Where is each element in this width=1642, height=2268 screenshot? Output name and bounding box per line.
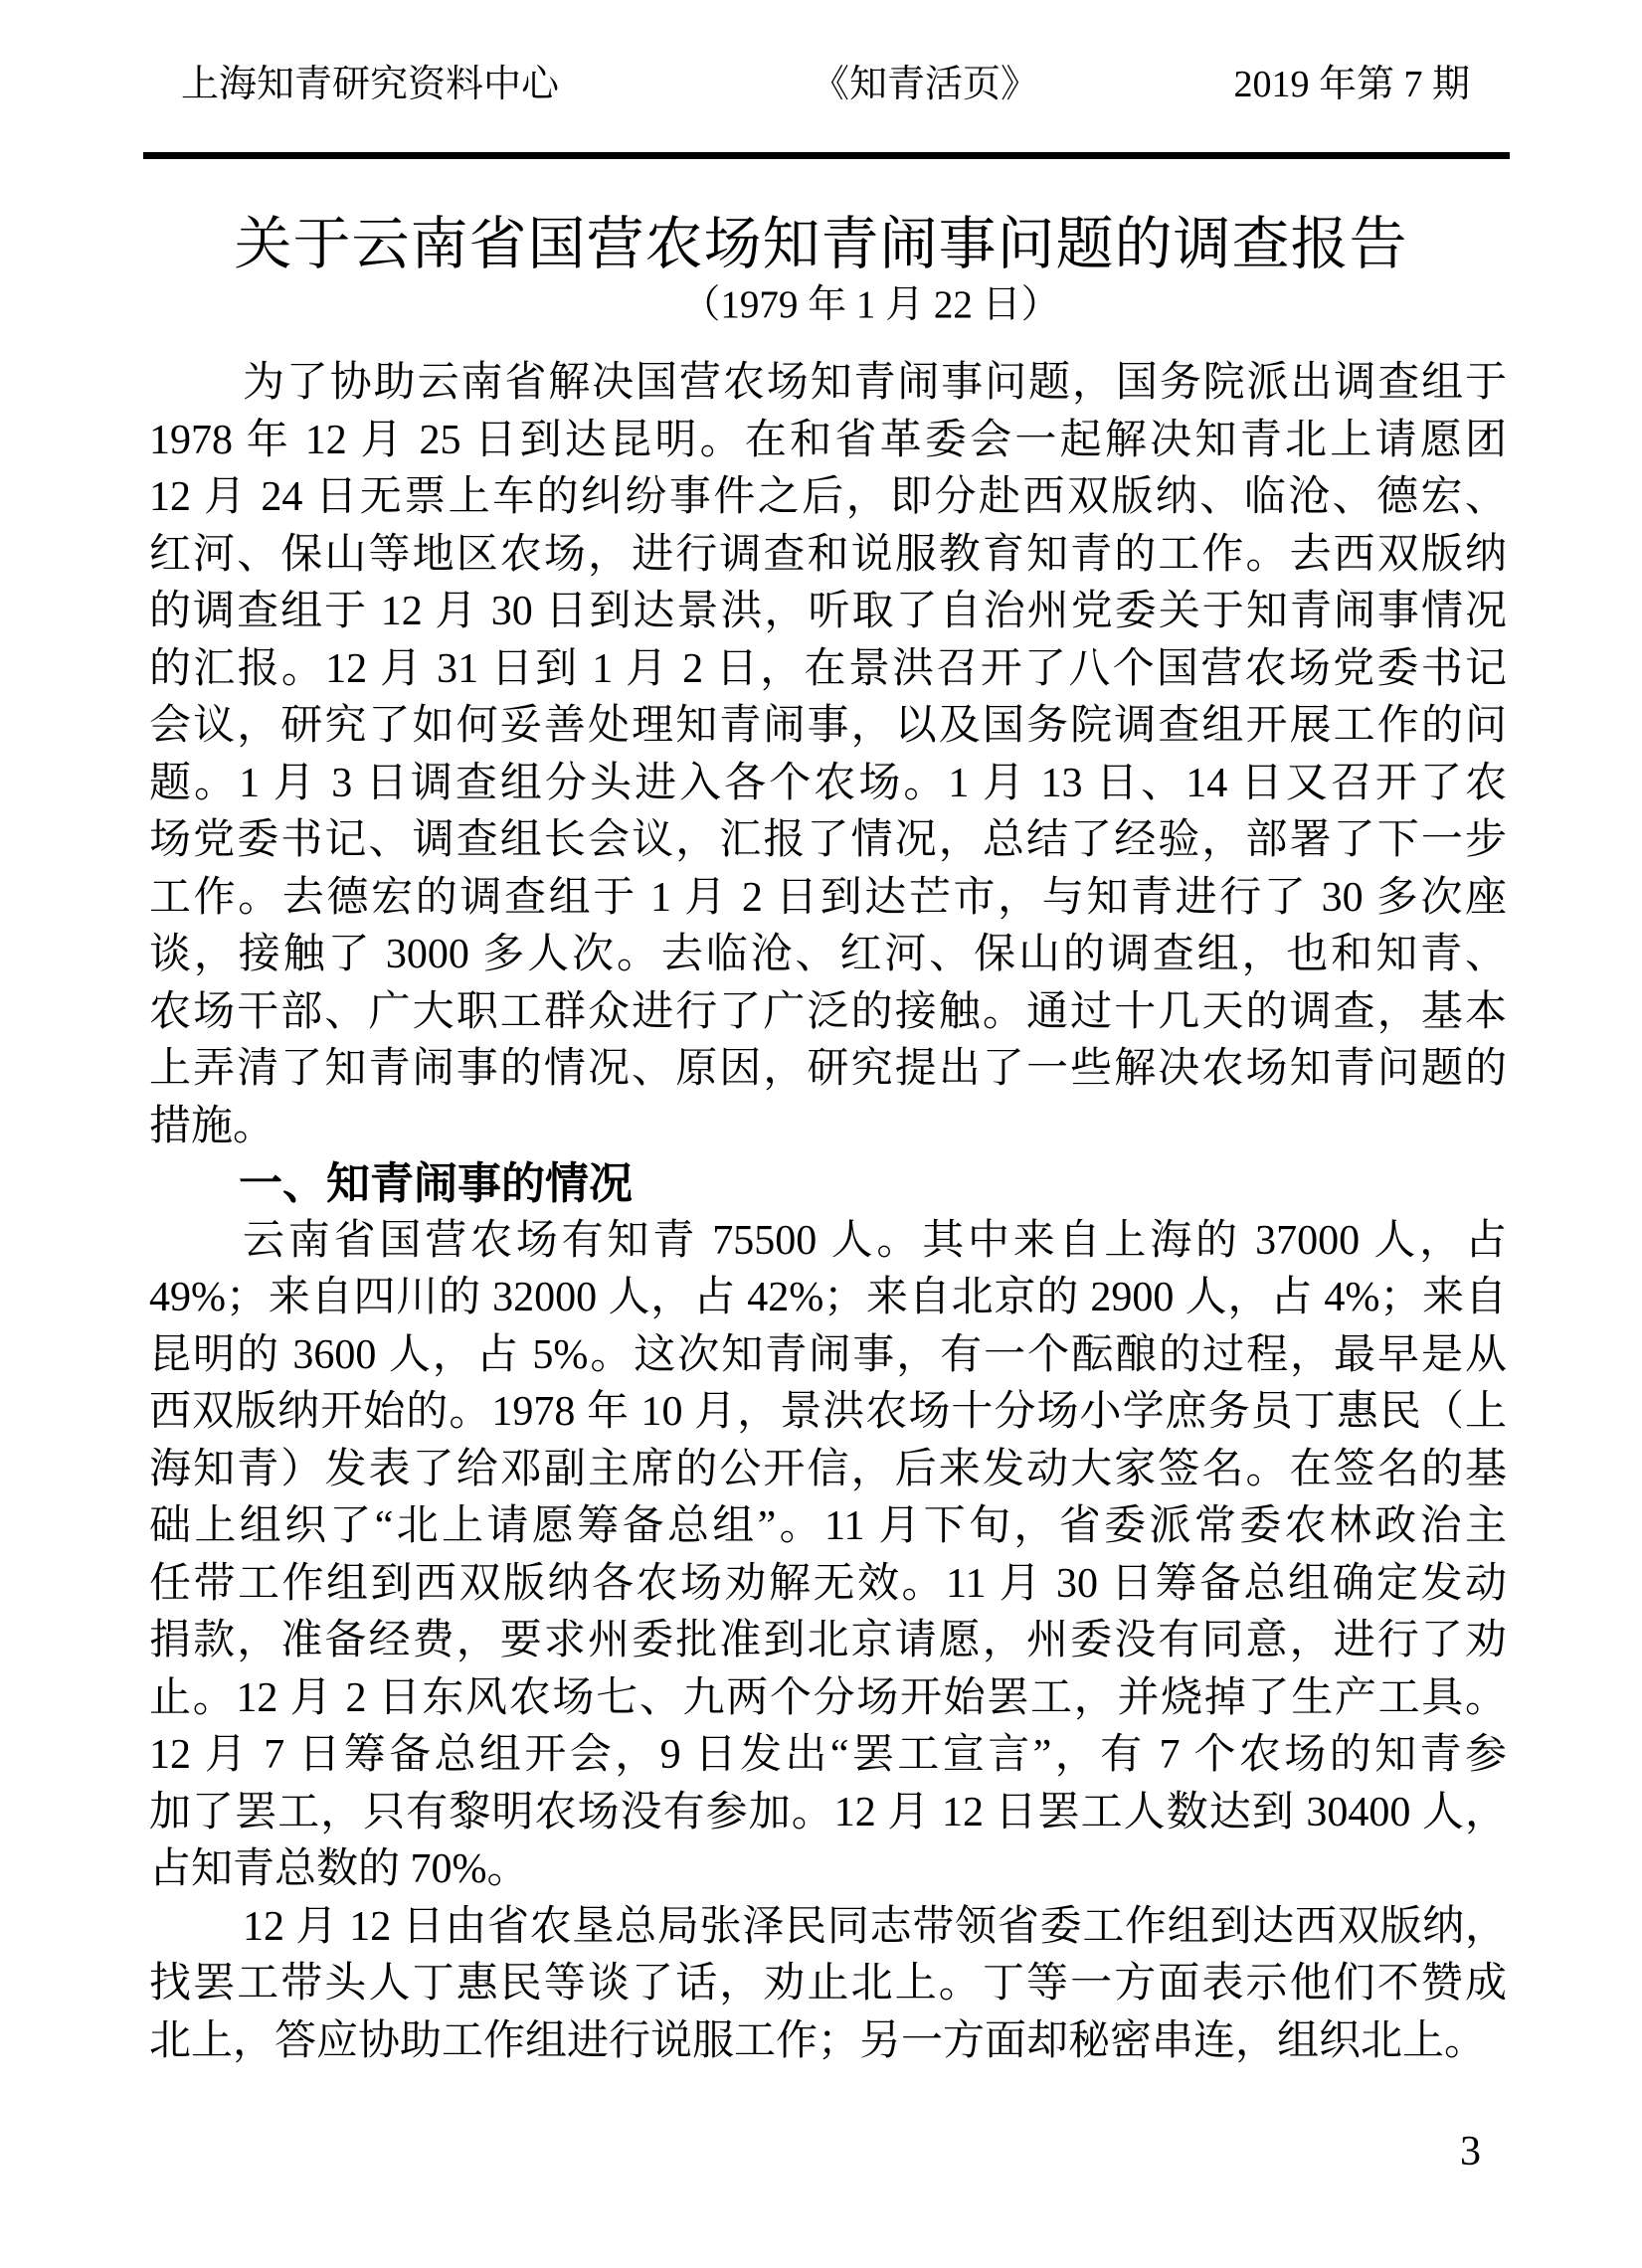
section-heading: 一、知青闹事的情况 — [149, 1155, 1507, 1213]
body-line: 会议，研究了如何妥善处理知青闹事，以及国务院调查组开展工作的问 — [149, 698, 1507, 756]
body-line: 的调查组于 12 月 30 日到达景洪，听取了自治州党委关于知青闹事情况 — [149, 584, 1507, 641]
body-line: 海知青）发表了给邓副主席的公开信，后来发动大家签名。在签名的基 — [149, 1442, 1507, 1499]
body-line: 为了协助云南省解决国营农场知青闹事问题，国务院派出调查组于 — [149, 355, 1507, 413]
body-line: 12 月 12 日由省农垦总局张泽民同志带领省委工作组到达西双版纳， — [149, 1899, 1507, 1957]
body-line: 49%；来自四川的 32000 人，占 42%；来自北京的 2900 人，占 4… — [149, 1270, 1507, 1327]
body-line: 农场干部、广大职工群众进行了广泛的接触。通过十几天的调查，基本 — [149, 984, 1507, 1042]
body-line: 西双版纳开始的。1978 年 10 月，景洪农场十分场小学庶务员丁惠民（上 — [149, 1384, 1507, 1442]
body-line: 找罢工带头人丁惠民等谈了话，劝止北上。丁等一方面表示他们不赞成 — [149, 1956, 1507, 2013]
header-divider — [143, 152, 1510, 159]
body-line: 工作。去德宏的调查组于 1 月 2 日到达芒市，与知青进行了 30 多次座 — [149, 870, 1507, 928]
body-line: 占知青总数的 70%。 — [149, 1841, 1507, 1899]
body-line: 云南省国营农场有知青 75500 人。其中来自上海的 37000 人，占 — [149, 1213, 1507, 1271]
body-line: 止。12 月 2 日东风农场七、九两个分场开始罢工，并烧掉了生产工具。 — [149, 1670, 1507, 1728]
body-line: 1978 年 12 月 25 日到达昆明。在和省革委会一起解决知青北上请愿团 — [149, 413, 1507, 470]
header-issue: 2019 年第 7 期 — [1233, 62, 1470, 107]
document-page: 上海知青研究资料中心 《知青活页》 2019 年第 7 期 关于云南省国营农场知… — [0, 0, 1642, 2268]
body-line: 上弄清了知青闹事的情况、原因，研究提出了一些解决农场知青问题的 — [149, 1041, 1507, 1099]
body-line: 场党委书记、调查组长会议，汇报了情况，总结了经验，部署了下一步 — [149, 812, 1507, 870]
body-line: 昆明的 3600 人，占 5%。这次知青闹事，有一个酝酿的过程，最早是从 — [149, 1327, 1507, 1385]
body-line: 题。1 月 3 日调查组分头进入各个农场。1 月 13 日、14 日又召开了农 — [149, 756, 1507, 813]
body-line: 措施。 — [149, 1099, 1507, 1156]
header-publication: 《知青活页》 — [812, 62, 1038, 107]
body-line: 12 月 7 日筹备总组开会，9 日发出“罢工宣言”，有 7 个农场的知青参 — [149, 1727, 1507, 1785]
body-line: 捐款，准备经费，要求州委批准到北京请愿，州委没有同意，进行了劝 — [149, 1613, 1507, 1670]
page-header: 上海知青研究资料中心 《知青活页》 2019 年第 7 期 — [143, 62, 1510, 107]
document-date: （1979 年 1 月 22 日） — [0, 281, 1642, 329]
document-body: 为了协助云南省解决国营农场知青闹事问题，国务院派出调查组于 1978 年 12 … — [149, 355, 1507, 2070]
page-number: 3 — [1460, 2130, 1481, 2174]
body-line: 12 月 24 日无票上车的纠纷事件之后，即分赴西双版纳、临沧、德宏、 — [149, 469, 1507, 527]
body-line: 谈，接触了 3000 多人次。去临沧、红河、保山的调查组，也和知青、 — [149, 927, 1507, 984]
body-line: 加了罢工，只有黎明农场没有参加。12 月 12 日罢工人数达到 30400 人， — [149, 1785, 1507, 1842]
body-line: 的汇报。12 月 31 日到 1 月 2 日，在景洪召开了八个国营农场党委书记 — [149, 641, 1507, 699]
document-title: 关于云南省国营农场知青闹事问题的调查报告 — [0, 209, 1642, 280]
body-line: 任带工作组到西双版纳各农场劝解无效。11 月 30 日筹备总组确定发动 — [149, 1556, 1507, 1614]
body-line: 础上组织了“北上请愿筹备总组”。11 月下旬，省委派常委农林政治主 — [149, 1498, 1507, 1556]
header-organization: 上海知青研究资料中心 — [181, 62, 559, 107]
body-line: 北上，答应协助工作组进行说服工作；另一方面却秘密串连，组织北上。 — [149, 2013, 1507, 2071]
body-line: 红河、保山等地区农场，进行调查和说服教育知青的工作。去西双版纳 — [149, 527, 1507, 585]
